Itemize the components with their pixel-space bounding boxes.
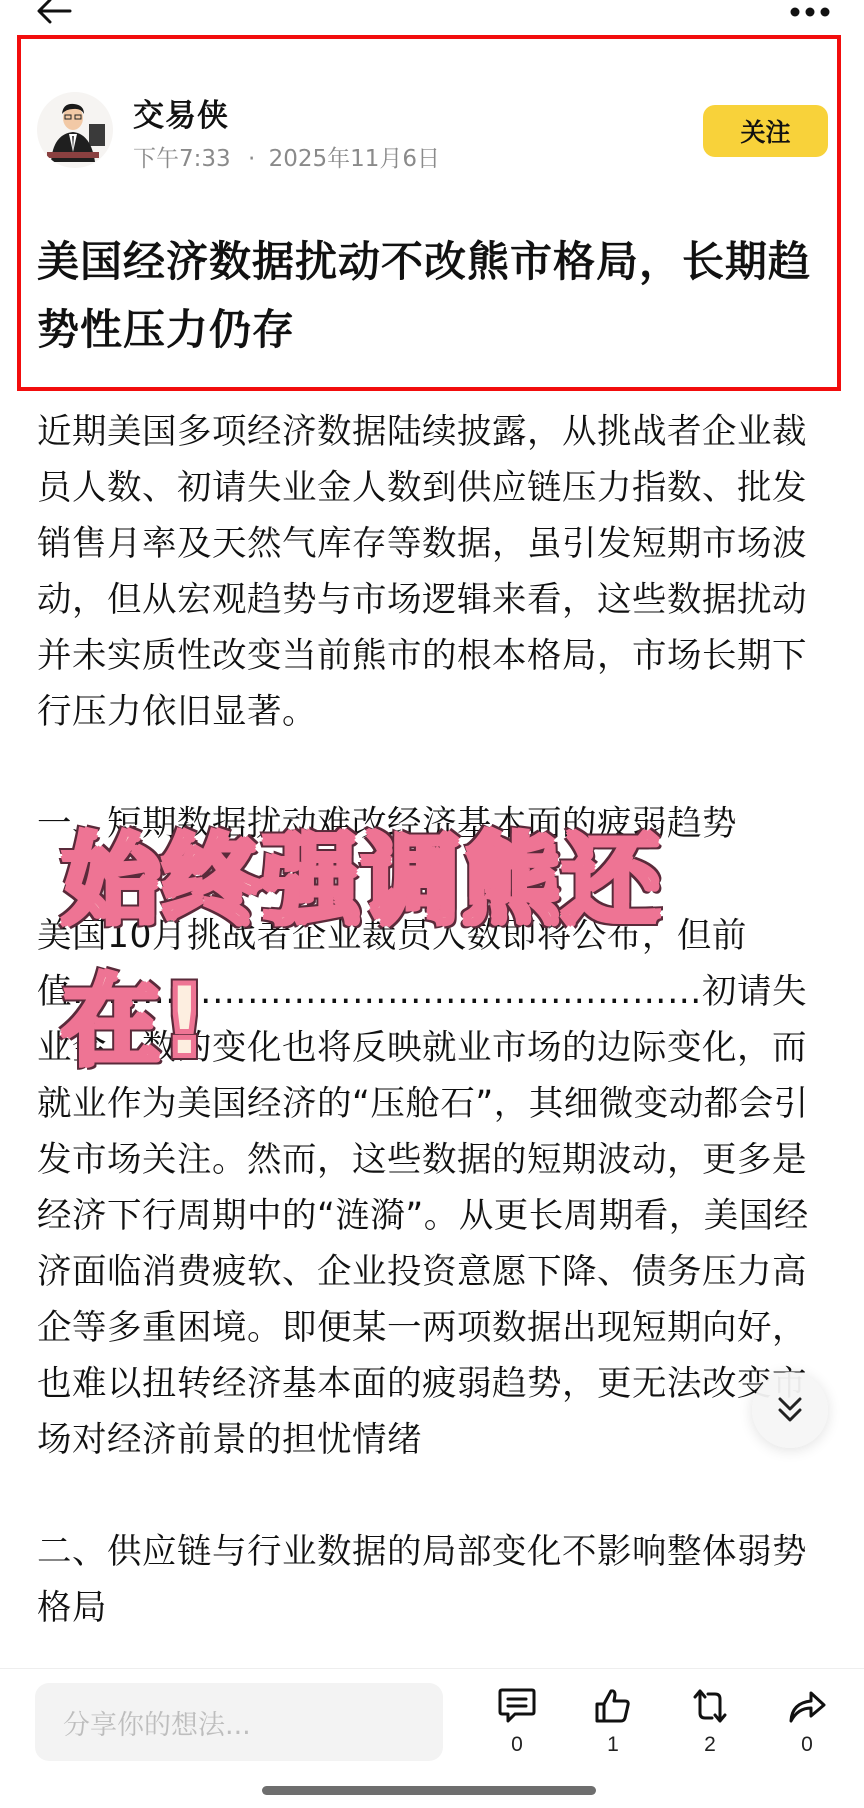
top-bar xyxy=(0,0,864,30)
avatar-illustration-icon xyxy=(37,92,113,168)
thumbs-up-icon xyxy=(593,1687,633,1725)
post-time: 下午7:33 xyxy=(133,146,231,172)
follow-button[interactable]: 关注 xyxy=(703,105,828,157)
back-button[interactable] xyxy=(34,0,74,26)
section-heading: 二、供应链与行业数据的局部变化不影响整体弱势格局 xyxy=(37,1524,827,1636)
section-heading: 一、短期数据扰动难改经济基本面的疲弱趋势 xyxy=(37,796,827,852)
scroll-down-button[interactable] xyxy=(752,1372,828,1448)
article-paragraph: 近期美国多项经济数据陆续披露，从挑战者企业裁员人数、初请失业金人数到供应链压力指… xyxy=(37,404,827,740)
article-paragraph: 美国10月挑战者企业裁员人数即将公布，但前值………………………………………………… xyxy=(37,908,827,1468)
comment-icon xyxy=(497,1687,537,1725)
repost-icon xyxy=(690,1687,730,1725)
like-button[interactable]: 1 xyxy=(578,1687,648,1767)
home-indicator[interactable] xyxy=(262,1786,596,1795)
more-horizontal-icon xyxy=(788,2,832,22)
share-button[interactable]: 0 xyxy=(772,1687,842,1767)
meta-separator: · xyxy=(248,146,255,172)
comment-button[interactable]: 0 xyxy=(482,1687,552,1767)
chevron-double-down-icon xyxy=(775,1394,805,1426)
article-body: 近期美国多项经济数据陆续披露，从挑战者企业裁员人数、初请失业金人数到供应链压力指… xyxy=(37,404,827,1804)
share-icon xyxy=(787,1687,827,1725)
comment-input[interactable]: 分享你的想法... xyxy=(35,1683,443,1761)
post-timestamp: 下午7:33 · 2025年11月6日 xyxy=(133,140,440,173)
arrow-left-icon xyxy=(34,0,74,26)
author-avatar[interactable] xyxy=(37,92,113,168)
repost-count: 2 xyxy=(675,1733,745,1757)
repost-button[interactable]: 2 xyxy=(675,1687,745,1767)
bottom-action-bar: 分享你的想法... 0 1 2 0 xyxy=(0,1668,864,1808)
post-date: 2025年11月6日 xyxy=(269,146,440,172)
share-count: 0 xyxy=(772,1733,842,1757)
like-count: 1 xyxy=(578,1733,648,1757)
comment-count: 0 xyxy=(482,1733,552,1757)
article-title: 美国经济数据扰动不改熊市格局，长期趋势性压力仍存 xyxy=(37,228,827,364)
more-options-button[interactable] xyxy=(788,2,832,22)
author-name[interactable]: 交易侠 xyxy=(133,90,229,135)
